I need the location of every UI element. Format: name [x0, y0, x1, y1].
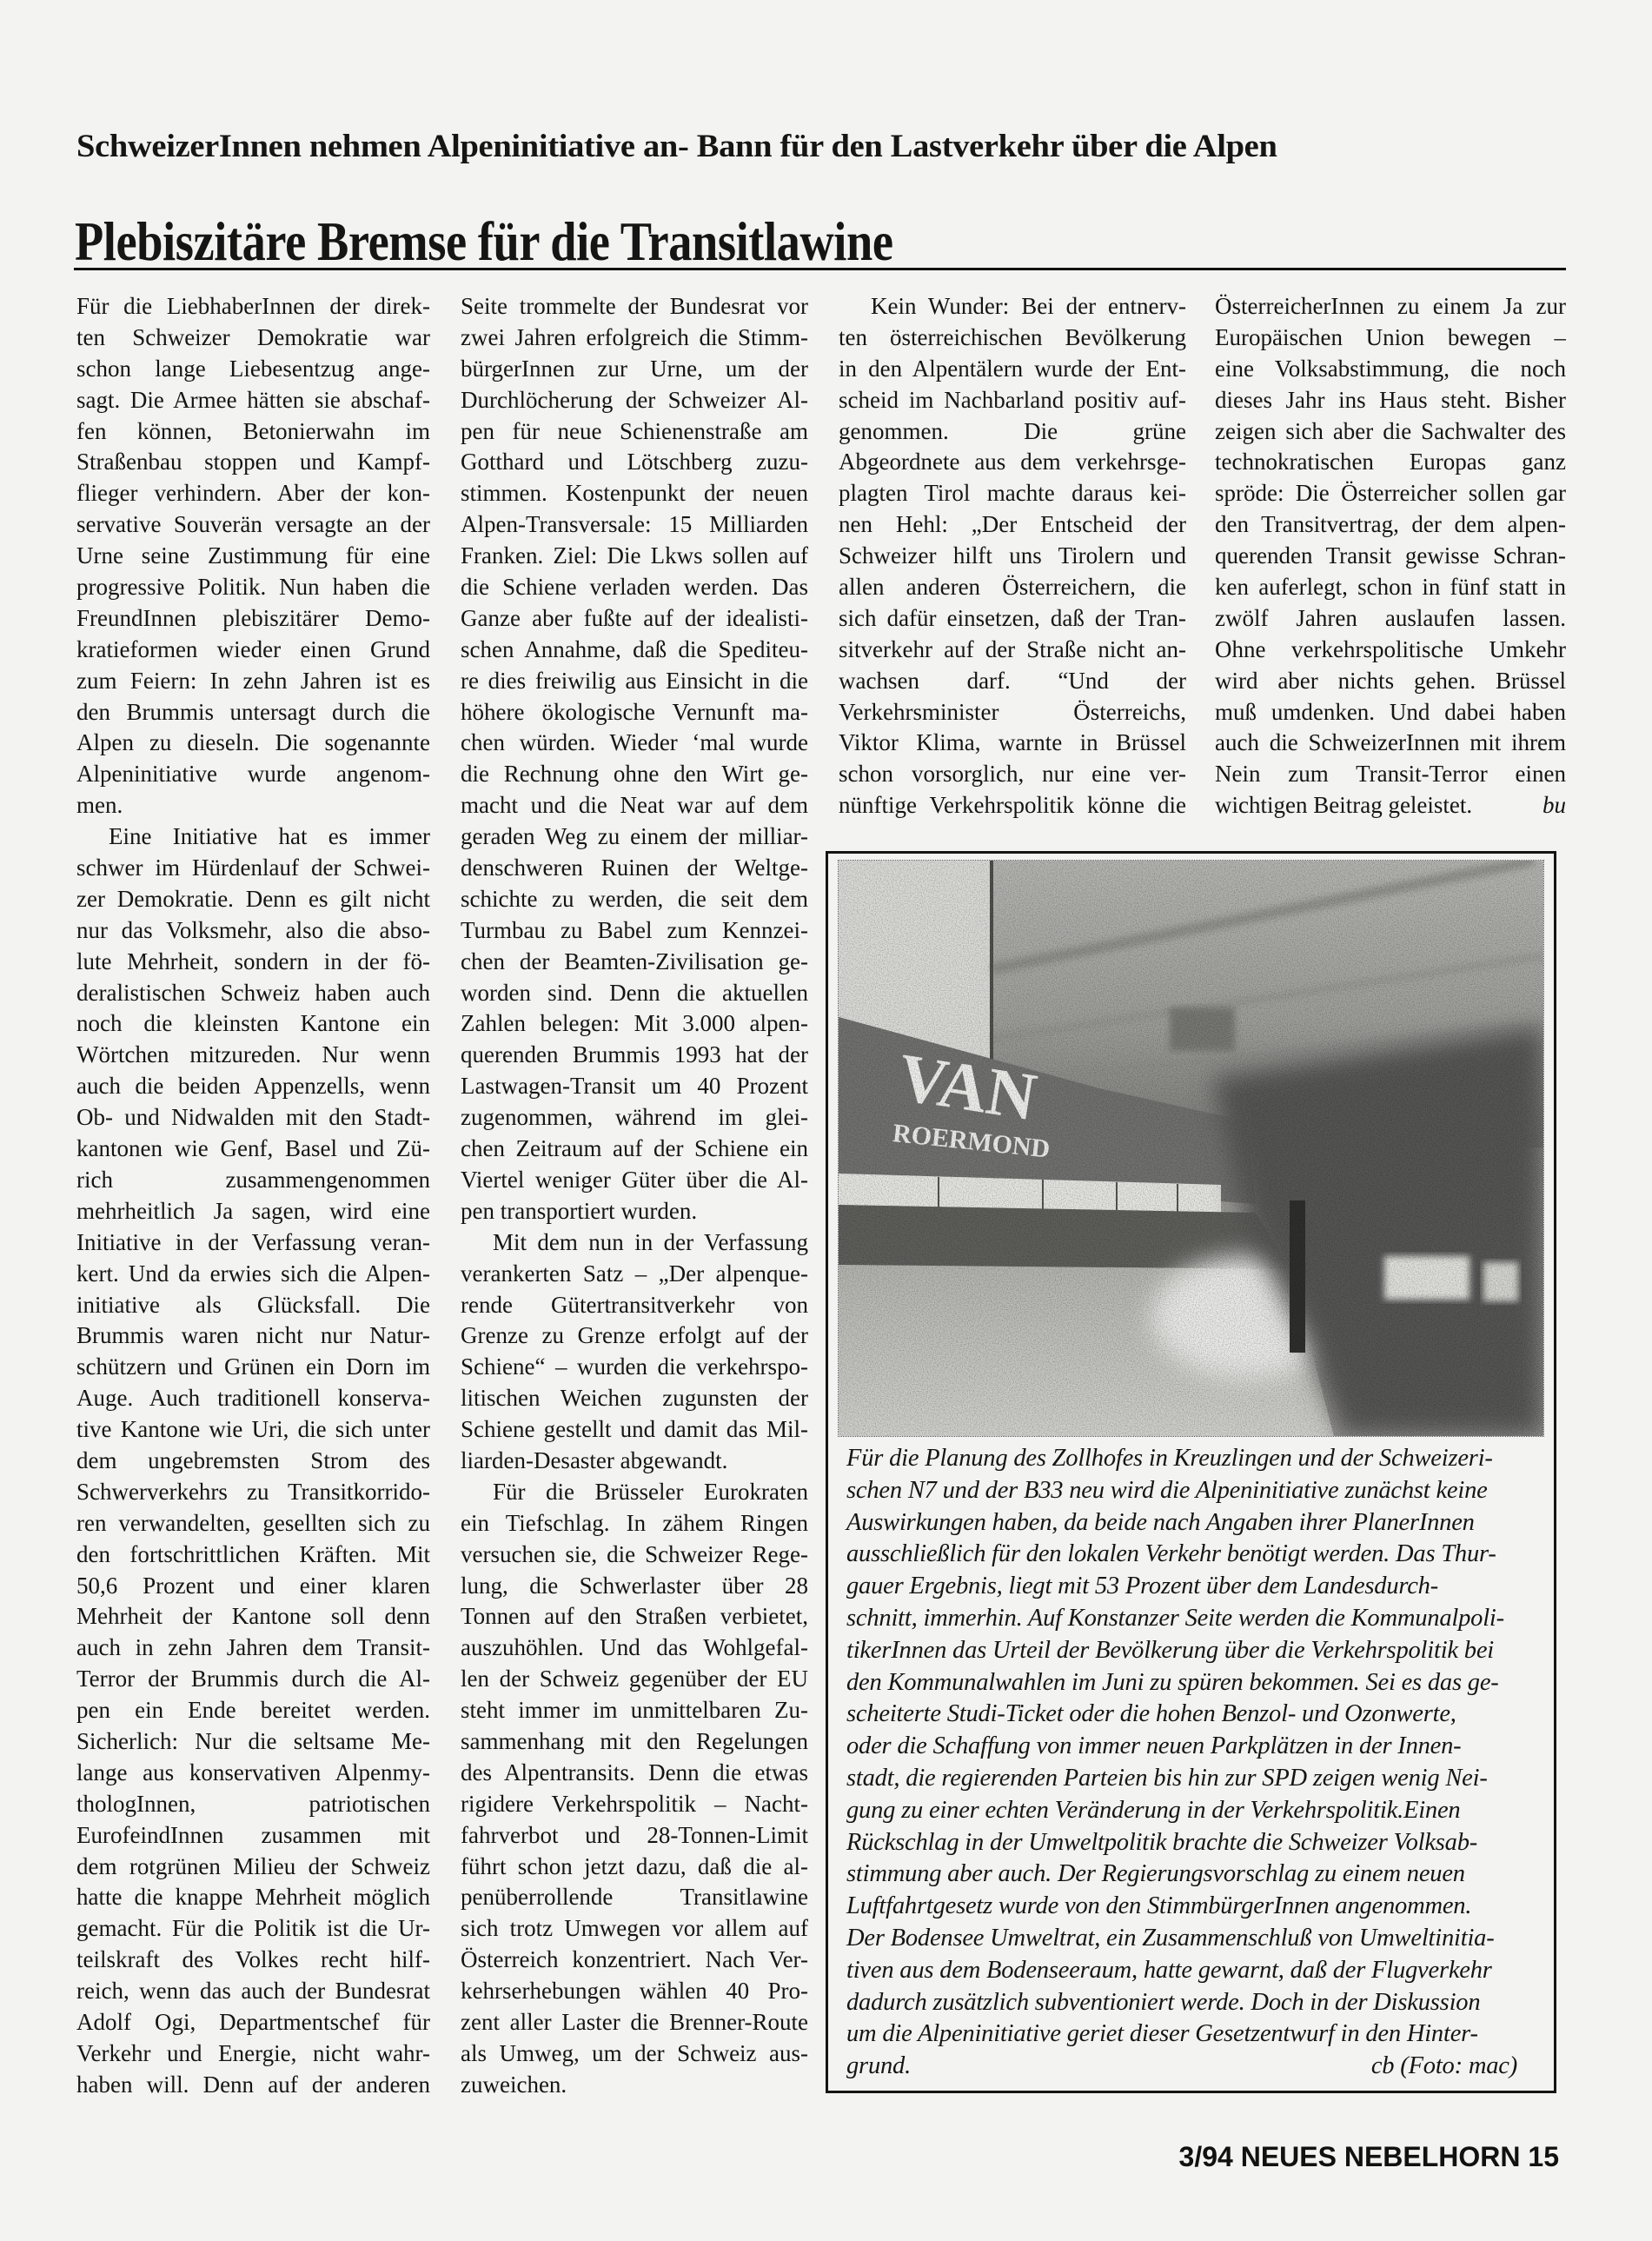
headline-rule	[74, 268, 1566, 270]
text-line: Terror der Brummis durch die Al-	[76, 1664, 430, 1695]
text-line: Viertel weniger Güter über die Al-	[461, 1165, 808, 1196]
text-line: auch in zehn Jahren dem Transit-	[76, 1633, 430, 1664]
text-line: Ohne verkehrspolitische Umkehr	[1215, 635, 1566, 666]
text-line: Verkehr und Energie, nicht wahr-	[76, 2038, 430, 2070]
text-line: 50,6 Prozent und einer klaren	[76, 1571, 430, 1602]
text-line: Schiene“ – wurden die verkehrspo-	[461, 1352, 808, 1383]
text-line: pen ein Ende bereitet werden.	[76, 1695, 430, 1726]
text-line: zugenommen, während im glei-	[461, 1102, 808, 1134]
text-line: ÖsterreicherInnen zu einem Ja zur	[1215, 291, 1566, 323]
text-line: spröde: Die Österreicher sollen gar	[1215, 478, 1566, 509]
closing-text: wichtigen Beitrag geleistet.	[1215, 790, 1472, 821]
text-line: Viktor Klima, warnte in Brüssel	[839, 728, 1186, 759]
text-line: kehrserhebungen wählen 40 Pro-	[461, 1976, 808, 2007]
text-line: in den Alpentälern wurde der Ent-	[839, 354, 1186, 385]
caption-line: schnitt, immerhin. Auf Konstanzer Seite …	[846, 1603, 1533, 1635]
text-line: dem rotgrünen Milieu der Schweiz	[76, 1852, 430, 1883]
caption-line: scheiterte Studi-Ticket oder die hohen B…	[846, 1699, 1533, 1731]
text-line: Für die Brüsseler Eurokraten	[461, 1477, 808, 1508]
text-line: bürgerInnen zur Urne, um der	[461, 354, 808, 385]
text-line: Nein zum Transit-Terror einen	[1215, 759, 1566, 790]
text-line: lung, die Schwerlaster über 28	[461, 1571, 808, 1602]
text-line: nur das Volksmehr, also die abso-	[76, 915, 430, 947]
text-line: Brummis waren nicht nur Natur-	[76, 1320, 430, 1352]
text-line: des Alpentransits. Denn die etwas	[461, 1758, 808, 1789]
text-line: schon lange Liebesentzug ange-	[76, 354, 430, 385]
text-line: schen Annahme, daß die Spediteu-	[461, 635, 808, 666]
text-line: lange aus konservativen Alpenmy-	[76, 1758, 430, 1789]
closing-line: wichtigen Beitrag geleistet. bu	[1215, 790, 1566, 821]
text-line: dieses Jahr ins Haus steht. Bisher	[1215, 385, 1566, 416]
text-line: Tonnen auf den Straßen verbietet,	[461, 1601, 808, 1633]
caption-line: gauer Ergebnis, liegt mit 53 Prozent übe…	[846, 1571, 1533, 1603]
text-line: als Umweg, um der Schweiz aus-	[461, 2038, 808, 2070]
text-line: flieger verhindern. Aber der kon-	[76, 478, 430, 509]
caption-line: Rückschlag in der Umweltpolitik brachte …	[846, 1827, 1533, 1859]
caption-line: Luftfahrtgesetz wurde von den Stimmbürge…	[846, 1891, 1533, 1923]
text-line: deralistischen Schweiz haben auch	[76, 978, 430, 1009]
text-line: Schwerverkehrs zu Transitkorrido-	[76, 1477, 430, 1508]
text-line: pen transportiert wurden.	[461, 1196, 808, 1227]
text-line: zent aller Laster die Brenner-Route	[461, 2007, 808, 2038]
text-line: muß umdenken. Und dabei haben	[1215, 697, 1566, 728]
text-line: versuchen sie, die Schweizer Rege-	[461, 1539, 808, 1571]
text-line: Gotthard und Lötschberg zuzu-	[461, 447, 808, 478]
text-line: sich trotz Umwegen vor allem auf	[461, 1913, 808, 1945]
text-line: mehrheitlich Ja sagen, wird eine	[76, 1196, 430, 1227]
text-line: führt schon jetzt dazu, daß die al-	[461, 1852, 808, 1883]
text-line: den Transitvertrag, der dem alpen-	[1215, 509, 1566, 541]
truck-photo: VAN ROERMOND	[839, 861, 1543, 1436]
text-line: len der Schweiz gegenüber der EU	[461, 1664, 808, 1695]
text-line: Kein Wunder: Bei der entnerv-	[839, 291, 1186, 323]
text-line: Grenze zu Grenze erfolgt auf der	[461, 1320, 808, 1352]
text-line: steht immer im unmittelbaren Zu-	[461, 1695, 808, 1726]
text-line: schützern und Grünen ein Dorn im	[76, 1352, 430, 1383]
text-line: noch die kleinsten Kantone ein	[76, 1008, 430, 1040]
text-line: wachsen darf. “Und der	[839, 666, 1186, 697]
text-line: geraden Weg zu einem der milliar-	[461, 821, 808, 853]
text-line: nen Hehl: „Der Entscheid der	[839, 509, 1186, 541]
text-line: ten österreichischen Bevölkerung	[839, 323, 1186, 354]
caption-lines: Für die Planung des Zollhofes in Kreuzli…	[846, 1443, 1533, 2051]
text-line: penüberrollende Transitlawine	[461, 1882, 808, 1913]
text-line: re dies freiwilig aus Einsicht in die	[461, 666, 808, 697]
text-line: wird aber nichts gehen. Brüssel	[1215, 666, 1566, 697]
text-line: die Rechnung ohne den Wirt ge-	[461, 759, 808, 790]
text-line: Alpen-Transversale: 15 Milliarden	[461, 509, 808, 541]
text-line: auch die SchweizerInnen mit ihrem	[1215, 728, 1566, 759]
text-line: lute Mehrheit, sondern in der fö-	[76, 947, 430, 978]
text-line: Alpeninitiative wurde angenom-	[76, 759, 430, 790]
article-column-2: Seite trommelte der Bundesrat vorzwei Ja…	[461, 291, 808, 2101]
text-line: sich dafür einsetzen, daß der Tran-	[839, 603, 1186, 635]
caption-line: den Kommunalwahlen im Juni zu spüren bek…	[846, 1667, 1533, 1699]
text-line: schwer im Hürdenlauf der Schwei-	[76, 853, 430, 884]
text-line: ten Schweizer Demokratie war	[76, 323, 430, 354]
text-line: Mehrheit der Kantone soll denn	[76, 1601, 430, 1633]
caption-line: Auswirkungen haben, da beide nach Angabe…	[846, 1507, 1533, 1539]
text-line: höhere ökologische Vernunft ma-	[461, 697, 808, 728]
text-line: kratieformen wieder einen Grund	[76, 635, 430, 666]
article-column-4: ÖsterreicherInnen zu einem Ja zurEuropäi…	[1215, 291, 1566, 821]
text-line: men.	[76, 790, 430, 821]
text-line: servative Souverän versagte an der	[76, 509, 430, 541]
text-line: Verkehrsminister Österreichs,	[839, 697, 1186, 728]
text-line: macht und die Neat war auf dem	[461, 790, 808, 821]
text-line: den Brummis untersagt durch die	[76, 697, 430, 728]
kicker-headline: SchweizerInnen nehmen Alpeninitiative an…	[76, 130, 1277, 163]
text-line: Adolf Ogi, Departmentschef für	[76, 2007, 430, 2038]
caption-line: stadt, die regierenden Parteien bis hin …	[846, 1763, 1533, 1795]
text-line: genommen. Die grüne	[839, 416, 1186, 448]
main-headline: Plebiszitäre Bremse für die Transitlawin…	[75, 214, 893, 269]
caption-line: tiven aus dem Bodenseeraum, hatte gewarn…	[846, 1955, 1533, 1987]
text-line: dem ungebremsten Strom des	[76, 1446, 430, 1477]
text-line: sammenhang mit den Regelungen	[461, 1726, 808, 1758]
text-line: progressive Politik. Nun haben die	[76, 572, 430, 603]
text-line: liarden-Desaster abgewandt.	[461, 1446, 808, 1477]
text-line: plagten Tirol machte daraus kei-	[839, 478, 1186, 509]
text-line: auch die beiden Appenzells, wenn	[76, 1071, 430, 1102]
caption-line: stimmung aber auch. Der Regierungsvorsch…	[846, 1859, 1533, 1891]
text-line: Seite trommelte der Bundesrat vor	[461, 291, 808, 323]
text-line: Ganze aber fußte auf der idealisti-	[461, 603, 808, 635]
caption-line: schen N7 und der B33 neu wird die Alpeni…	[846, 1475, 1533, 1507]
text-line: Alpen zu dieseln. Die sogenannte	[76, 728, 430, 759]
text-line: EurofeindInnen zusammen mit	[76, 1820, 430, 1852]
text-line: eine Volksabstimmung, die noch	[1215, 354, 1566, 385]
text-line: zer Demokratie. Denn es gilt nicht	[76, 884, 430, 915]
text-line: zum Feiern: In zehn Jahren ist es	[76, 666, 430, 697]
text-line: zuweichen.	[461, 2070, 808, 2101]
text-line: rende Gütertransitverkehr von	[461, 1290, 808, 1321]
text-line: allen anderen Österreichern, die	[839, 572, 1186, 603]
caption-line: tikerInnen das Urteil der Bevölkerung üb…	[846, 1635, 1533, 1667]
text-line: reich, wenn das auch der Bundesrat	[76, 1976, 430, 2007]
text-line: den fortschrittlichen Kräften. Mit	[76, 1539, 430, 1571]
caption-line: um die Alpeninitiative geriet dieser Ges…	[846, 2018, 1533, 2051]
text-line: sagt. Die Armee hätten sie abschaf-	[76, 385, 430, 416]
column-4-lines: ÖsterreicherInnen zu einem Ja zurEuropäi…	[1215, 291, 1566, 790]
text-line: Durchlöcherung der Schweizer Al-	[461, 385, 808, 416]
text-line: Ob- und Nidwalden mit den Stadt-	[76, 1102, 430, 1134]
text-line: Eine Initiative hat es immer	[76, 821, 430, 853]
text-line: Zahlen belegen: Mit 3.000 alpen-	[461, 1008, 808, 1040]
text-line: chen Zeitraum auf der Schiene ein	[461, 1134, 808, 1165]
text-line: ken auferlegt, schon in fünf statt in	[1215, 572, 1566, 603]
text-line: nünftige Verkehrspolitik könne die	[839, 790, 1186, 821]
text-line: zeigen sich aber die Sachwalter des	[1215, 416, 1566, 448]
text-line: chen der Beamten-Zivilisation ge-	[461, 947, 808, 978]
text-line: kert. Und da erwies sich die Alpen-	[76, 1259, 430, 1290]
text-line: initiative als Glücksfall. Die	[76, 1290, 430, 1321]
text-line: worden sind. Denn die aktuellen	[461, 978, 808, 1009]
text-line: Für die LiebhaberInnen der direk-	[76, 291, 430, 323]
text-line: zwei Jahren erfolgreich die Stimm-	[461, 323, 808, 354]
text-line: scheid im Nachbarland positiv auf-	[839, 385, 1186, 416]
text-line: Turmbau zu Babel zum Kennzei-	[461, 915, 808, 947]
caption-end-text: grund.	[846, 2051, 911, 2083]
text-line: Franken. Ziel: Die Lkws sollen auf	[461, 541, 808, 572]
text-line: pen für neue Schienenstraße am	[461, 416, 808, 448]
caption-line: ausschließlich für den lokalen Verkehr b…	[846, 1539, 1533, 1571]
text-line: Initiative in der Verfassung veran-	[76, 1227, 430, 1259]
text-line: Schiene gestellt und damit das Mil-	[461, 1414, 808, 1446]
text-line: fen können, Betonierwahn im	[76, 416, 430, 448]
text-line: zwölf Jahren auslaufen lassen.	[1215, 603, 1566, 635]
text-line: sitverkehr auf der Straße nicht an-	[839, 635, 1186, 666]
text-line: FreundInnen plebiszitärer Demo-	[76, 603, 430, 635]
text-line: Schweizer hilft uns Tirolern und	[839, 541, 1186, 572]
article-column-3: Kein Wunder: Bei der entnerv-ten österre…	[839, 291, 1186, 821]
text-line: kantonen wie Genf, Basel und Zü-	[76, 1134, 430, 1165]
text-line: Auge. Auch traditionell konserva-	[76, 1383, 430, 1414]
text-line: haben will. Denn auf der anderen	[76, 2070, 430, 2101]
text-line: Straßenbau stoppen und Kampf-	[76, 447, 430, 478]
text-line: Urne seine Zustimmung für eine	[76, 541, 430, 572]
text-line: schon vorsorglich, nur eine ver-	[839, 759, 1186, 790]
text-line: thologInnen, patriotischen	[76, 1789, 430, 1820]
caption-line: oder die Schaffung von immer neuen Parkp…	[846, 1731, 1533, 1763]
text-line: denschweren Ruinen der Weltge-	[461, 853, 808, 884]
text-line: die Schiene verladen werden. Das	[461, 572, 808, 603]
text-line: tive Kantone wie Uri, die sich unter	[76, 1414, 430, 1446]
text-line: ein Tiefschlag. In zähem Ringen	[461, 1508, 808, 1539]
text-line: Mit dem nun in der Verfassung	[461, 1227, 808, 1259]
article-column-1: Für die LiebhaberInnen der direk-ten Sch…	[76, 291, 430, 2101]
text-line: auszuhöhlen. Und das Wohlgefal-	[461, 1633, 808, 1664]
photo-credit: cb (Foto: mac)	[1371, 2051, 1517, 2083]
caption-last-line: grund. cb (Foto: mac)	[846, 2051, 1517, 2083]
text-line: querenden Brummis 1993 hat der	[461, 1040, 808, 1071]
text-line: Europäischen Union bewegen –	[1215, 323, 1566, 354]
text-line: Lastwagen-Transit um 40 Prozent	[461, 1071, 808, 1102]
author-signature: bu	[1543, 790, 1566, 821]
text-line: fahrverbot und 28-Tonnen-Limit	[461, 1820, 808, 1852]
text-line: Wörtchen mitzureden. Nur wenn	[76, 1040, 430, 1071]
text-line: rich zusammengenommen	[76, 1165, 430, 1196]
text-line: hatte die knappe Mehrheit möglich	[76, 1882, 430, 1913]
text-line: verankerten Satz – „Der alpenque-	[461, 1259, 808, 1290]
photo-caption: Für die Planung des Zollhofes in Kreuzli…	[846, 1443, 1533, 2083]
text-line: stimmen. Kostenpunkt der neuen	[461, 478, 808, 509]
text-line: technokratischen Europas ganz	[1215, 447, 1566, 478]
text-line: gemacht. Für die Politik ist die Ur-	[76, 1913, 430, 1945]
page-footer: 3/94 NEUES NEBELHORN 15	[1179, 2143, 1559, 2171]
text-line: Abgeordnete aus dem verkehrsge-	[839, 447, 1186, 478]
text-line: querenden Transit gewisse Schran-	[1215, 541, 1566, 572]
text-line: Österreich konzentriert. Nach Ver-	[461, 1945, 808, 1976]
text-line: Sicherlich: Nur die seltsame Me-	[76, 1726, 430, 1758]
text-line: rigidere Verkehrspolitik – Nacht-	[461, 1789, 808, 1820]
text-line: ren verwandelten, gesellten sich zu	[76, 1508, 430, 1539]
text-line: litischen Weichen zugunsten der	[461, 1383, 808, 1414]
text-line: chen würden. Wieder ‘mal wurde	[461, 728, 808, 759]
caption-line: gung zu einer echten Veränderung in der …	[846, 1795, 1533, 1827]
text-line: schichte zu werden, die seit dem	[461, 884, 808, 915]
caption-line: Der Bodensee Umweltrat, ein Zusammenschl…	[846, 1923, 1533, 1955]
caption-line: Für die Planung des Zollhofes in Kreuzli…	[846, 1443, 1533, 1475]
text-line: teilskraft des Volkes recht hilf-	[76, 1945, 430, 1976]
caption-line: dadurch zusätzlich subventioniert werde.…	[846, 1987, 1533, 2019]
